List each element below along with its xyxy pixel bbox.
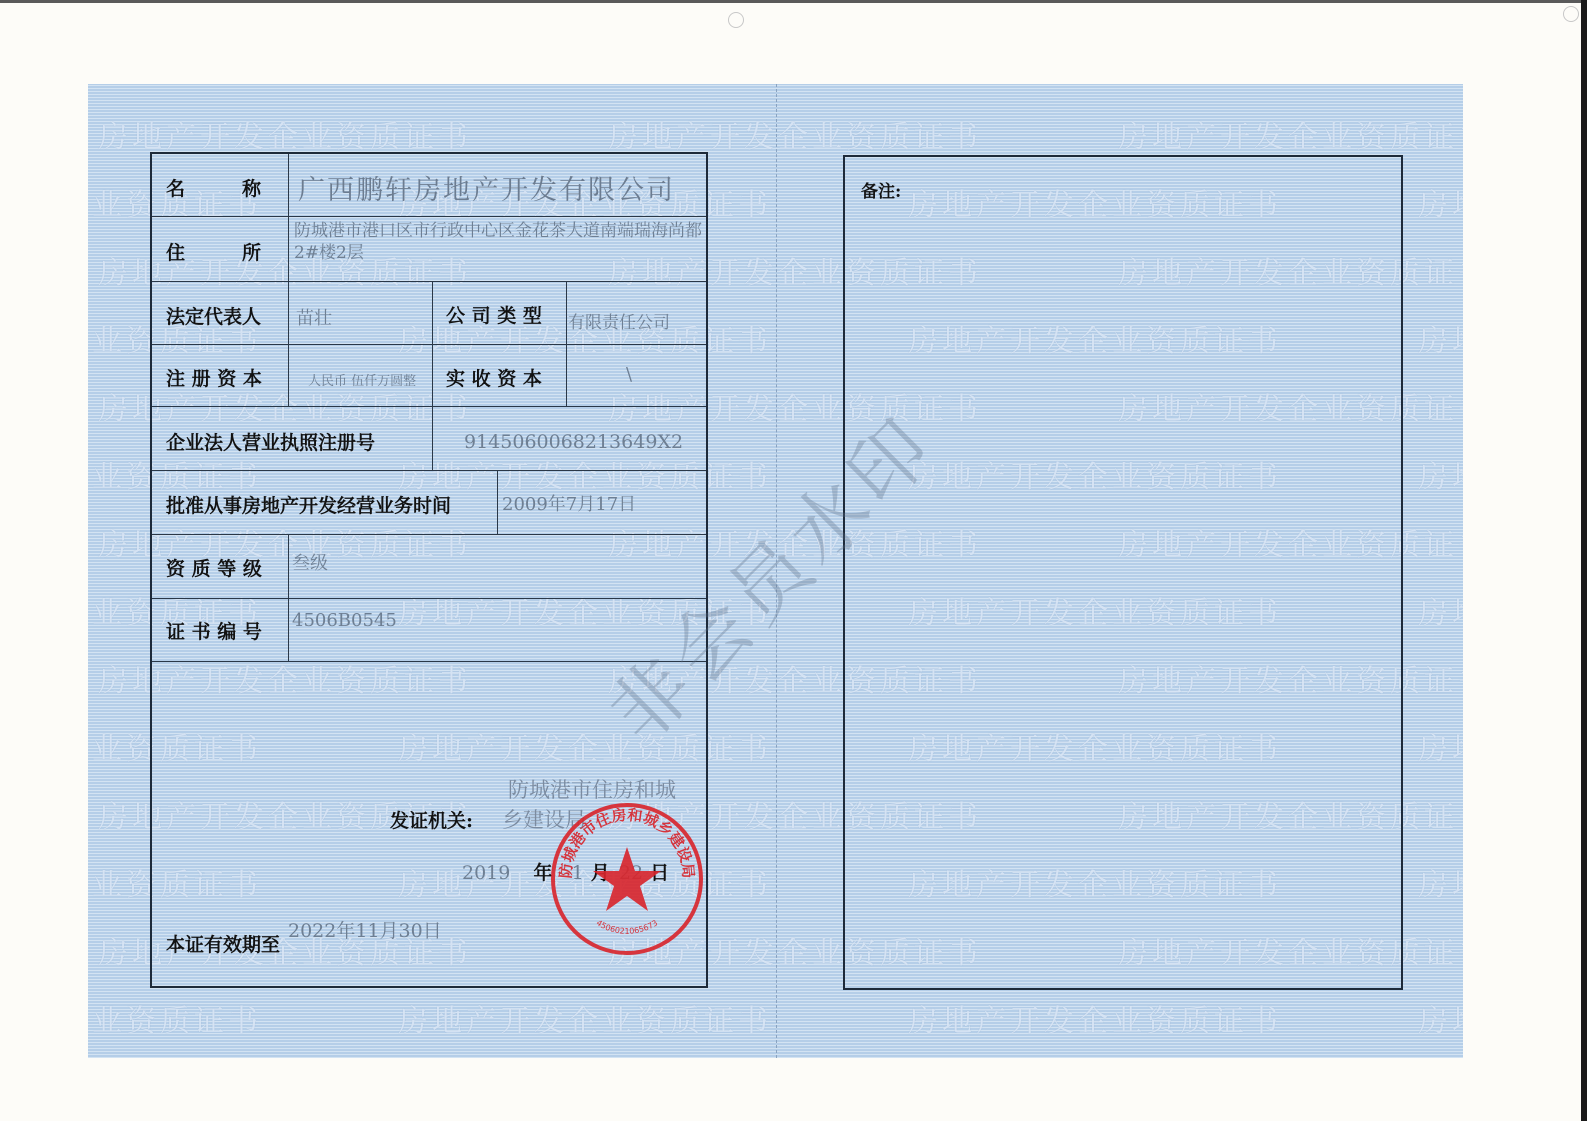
license-no-label: 企业法人营业执照注册号 bbox=[166, 428, 375, 455]
address-label: 住 所 bbox=[166, 238, 261, 265]
scan-top-edge bbox=[0, 0, 1587, 3]
paid-in-capital-value: \ bbox=[626, 364, 632, 385]
svg-text:4506021065673: 4506021065673 bbox=[595, 918, 660, 935]
issuer-label: 发证机关: bbox=[390, 806, 473, 833]
scan-right-edge bbox=[1581, 0, 1587, 1121]
certificate: 房地产开发企业资质证书 房地产开发企业资质证书 房地产开发企业资质证书 房地产开… bbox=[88, 84, 1463, 1058]
remarks-label: 备注: bbox=[861, 177, 901, 202]
approval-date-label: 批准从事房地产开发经营业务时间 bbox=[166, 491, 451, 518]
registered-capital-label: 注 册 资 本 bbox=[166, 364, 262, 391]
paid-in-capital-label: 实 收 资 本 bbox=[446, 364, 542, 391]
security-text-row: 房地产开发企业资质证书 房地产开发企业资质证书 房地产开发企业资质证书 房地产开… bbox=[98, 112, 1463, 156]
hole-mark bbox=[1563, 6, 1579, 22]
certificate-no-label: 证 书 编 号 bbox=[166, 617, 262, 644]
registered-capital-value: 人民币 伍仟万圆整 bbox=[308, 370, 416, 389]
company-type-label: 公 司 类 型 bbox=[446, 301, 542, 328]
legal-rep-value: 苗壮 bbox=[296, 304, 332, 330]
legal-rep-label: 法定代表人 bbox=[166, 302, 261, 329]
qualification-level-label: 资 质 等 级 bbox=[166, 554, 262, 581]
valid-until-value: 2022年11月30日 bbox=[288, 916, 442, 943]
official-seal-icon: 防城港市住房和城乡建设局 4506021065673 bbox=[547, 799, 707, 959]
license-no-value: 9145060068213649X2 bbox=[464, 431, 683, 453]
company-name-value: 广西鹏轩房地产开发有限公司 bbox=[298, 168, 675, 207]
valid-until-label: 本证有效期至 bbox=[166, 930, 280, 957]
hole-mark bbox=[728, 12, 744, 28]
remarks-box: 备注: bbox=[843, 155, 1403, 990]
certificate-no-value: 4506B0545 bbox=[292, 610, 397, 631]
approval-date-value: 2009年7月17日 bbox=[502, 490, 636, 516]
certificate-info-table: 名 称 广西鹏轩房地产开发有限公司 住 所 防城港市港口区市行政中心区金花茶大道… bbox=[150, 152, 708, 988]
address-value: 防城港市港口区市行政中心区金花茶大道南端瑞海尚都2#楼2层 bbox=[294, 220, 704, 264]
issue-year: 2019 bbox=[462, 862, 510, 884]
qualification-level-value: 叁级 bbox=[292, 549, 328, 575]
name-label: 名 称 bbox=[166, 174, 261, 201]
company-type-value: 有限责任公司 bbox=[568, 308, 670, 333]
